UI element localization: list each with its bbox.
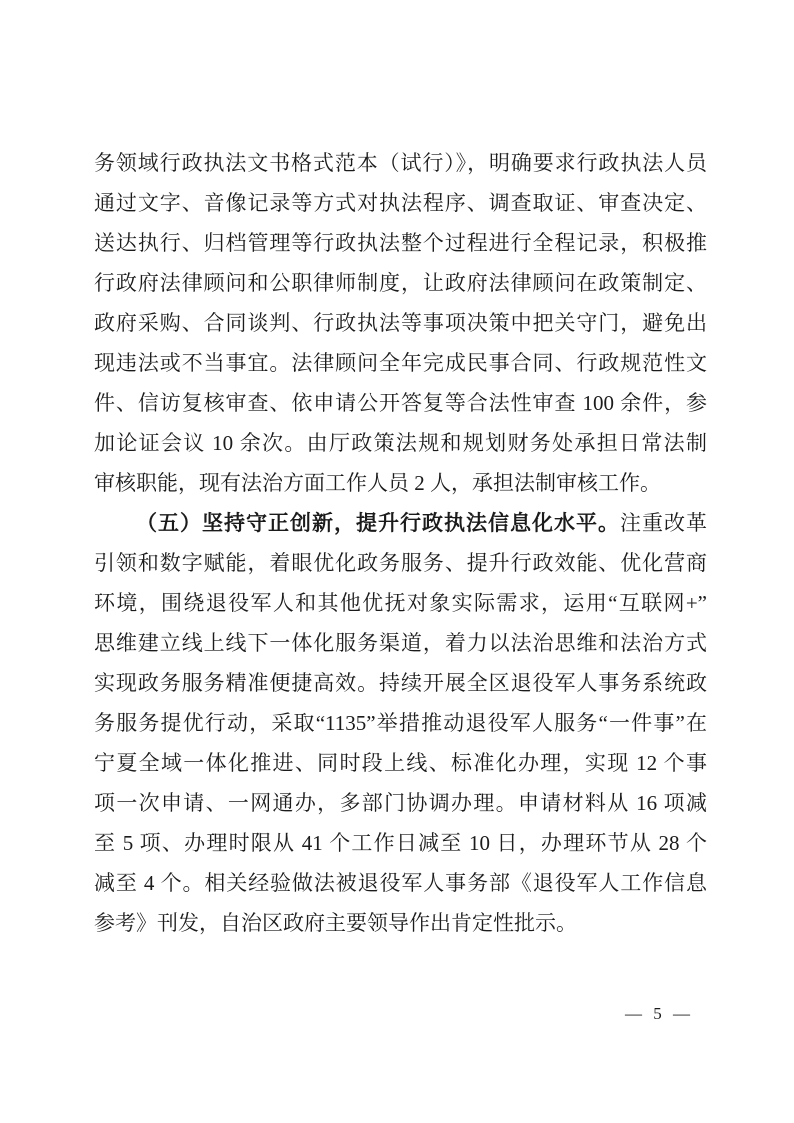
para1-line: 务领域行政执法文书格式范本（试行）》，明确要求行政执法人员 <box>94 143 707 183</box>
para1-line: 加论证会议 10 余次。由厅政策法规和规划财务处承担日常法制 <box>94 423 707 463</box>
para1-line: 行政府法律顾问和公职律师制度，让政府法律顾问在政策制定、 <box>94 263 707 303</box>
para2-line: 项一次申请、一网通办，多部门协调办理。申请材料从 16 项减 <box>94 783 707 823</box>
para2-line: 减至 4 个。相关经验做法被退役军人事务部《退役军人工作信息 <box>94 863 707 903</box>
para2-last-line: 参考》刊发，自治区政府主要领导作出肯定性批示。 <box>94 903 707 943</box>
para2-heading-line: （五）坚持守正创新，提升行政执法信息化水平。注重改革 <box>94 503 707 543</box>
para1-line: 送达执行、归档管理等行政执法整个过程进行全程记录，积极推 <box>94 223 707 263</box>
para1-last-line: 审核职能，现有法治方面工作人员 2 人，承担法制审核工作。 <box>94 463 707 503</box>
para2-line: 务服务提优行动，采取“1135”举措推动退役军人服务“一件事”在 <box>94 703 707 743</box>
para2-line: 引领和数字赋能，着眼优化政务服务、提升行政效能、优化营商 <box>94 543 707 583</box>
para2-line: 宁夏全域一体化推进、同时段上线、标准化办理，实现 12 个事 <box>94 743 707 783</box>
document-page: 务领域行政执法文书格式范本（试行）》，明确要求行政执法人员 通过文字、音像记录等… <box>0 0 794 1123</box>
para1-line: 政府采购、合同谈判、行政执法等事项决策中把关守门，避免出 <box>94 303 707 343</box>
section-heading-tail: 注重改革 <box>620 511 707 535</box>
para1-line: 通过文字、音像记录等方式对执法程序、调查取证、审查决定、 <box>94 183 707 223</box>
page-footer: — 5 — <box>625 1002 690 1026</box>
para2-line: 实现政务服务精准便捷高效。持续开展全区退役军人事务系统政 <box>94 663 707 703</box>
para2-line: 环境，围绕退役军人和其他优抚对象实际需求，运用“互联网+” <box>94 583 707 623</box>
section-heading-bold: （五）坚持守正创新，提升行政执法信息化水平。 <box>136 511 620 535</box>
document-body: 务领域行政执法文书格式范本（试行）》，明确要求行政执法人员 通过文字、音像记录等… <box>94 143 707 943</box>
page-number: — 5 — <box>625 1004 690 1023</box>
para2-line: 至 5 项、办理时限从 41 个工作日减至 10 日，办理环节从 28 个 <box>94 823 707 863</box>
para2-line: 思维建立线上线下一体化服务渠道，着力以法治思维和法治方式 <box>94 623 707 663</box>
para1-line: 件、信访复核审查、依申请公开答复等合法性审查 100 余件，参 <box>94 383 707 423</box>
para1-line: 现违法或不当事宜。法律顾问全年完成民事合同、行政规范性文 <box>94 343 707 383</box>
